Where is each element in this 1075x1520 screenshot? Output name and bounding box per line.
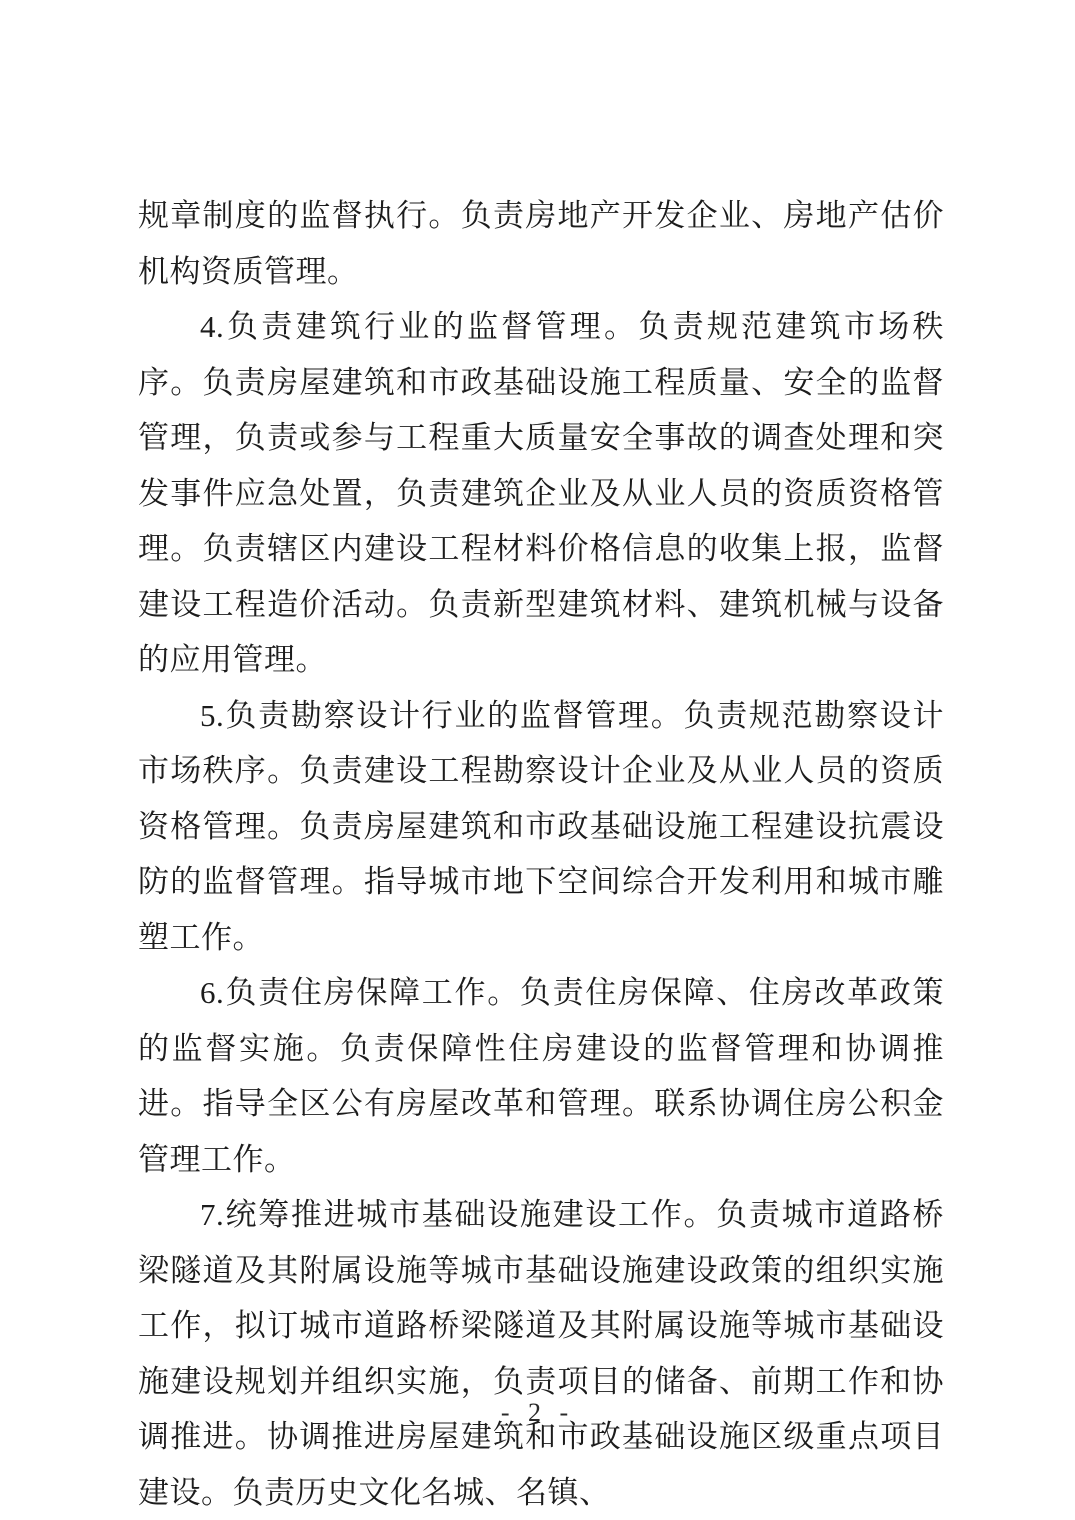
paragraph-item-7: 7.统筹推进城市基础设施建设工作。负责城市道路桥梁隧道及其附属设施等城市基础设施… <box>138 1187 944 1520</box>
paragraph-continuation: 规章制度的监督执行。负责房地产开发企业、房地产估价机构资质管理。 <box>138 188 944 299</box>
paragraph-item-4: 4.负责建筑行业的监督管理。负责规范建筑市场秩序。负责房屋建筑和市政基础设施工程… <box>138 299 944 688</box>
paragraph-item-6: 6.负责住房保障工作。负责住房保障、住房改革政策的监督实施。负责保障性住房建设的… <box>138 965 944 1187</box>
page-number: - 2 - <box>0 1398 1075 1428</box>
paragraph-item-5: 5.负责勘察设计行业的监督管理。负责规范勘察设计市场秩序。负责建设工程勘察设计企… <box>138 688 944 966</box>
document-body: 规章制度的监督执行。负责房地产开发企业、房地产估价机构资质管理。 4.负责建筑行… <box>138 188 944 1520</box>
document-page: 规章制度的监督执行。负责房地产开发企业、房地产估价机构资质管理。 4.负责建筑行… <box>0 0 1075 1520</box>
